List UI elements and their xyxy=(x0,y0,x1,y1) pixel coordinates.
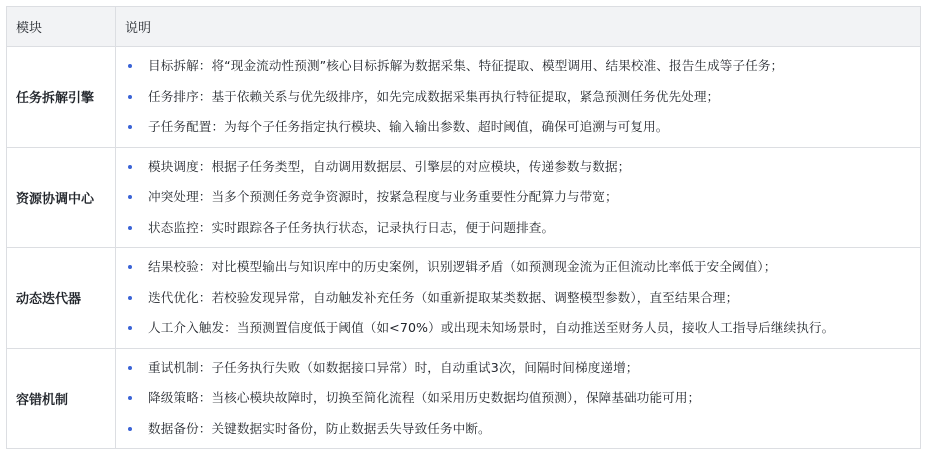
list-item: 迭代优化：若校验发现异常，自动触发补充任务（如重新提取某类数据、调整模型参数），… xyxy=(116,283,920,314)
bullet-icon xyxy=(128,95,132,99)
list-item: 目标拆解：将“现金流动性预测”核心目标拆解为数据采集、特征提取、模型调用、结果校… xyxy=(116,51,920,82)
bullet-list: 模块调度：根据子任务类型，自动调用数据层、引擎层的对应模块，传递参数与数据； 冲… xyxy=(116,152,920,244)
list-item: 子任务配置：为每个子任务指定执行模块、输入输出参数、超时阈值，确保可追溯与可复用… xyxy=(116,112,920,143)
table-row: 容错机制 重试机制：子任务执行失败（如数据接口异常）时，自动重试3次，间隔时间梯… xyxy=(7,348,921,448)
module-description: 目标拆解：将“现金流动性预测”核心目标拆解为数据采集、特征提取、模型调用、结果校… xyxy=(116,47,921,148)
bullet-icon xyxy=(128,125,132,129)
list-item-text: 迭代优化：若校验发现异常，自动触发补充任务（如重新提取某类数据、调整模型参数），… xyxy=(148,290,738,305)
bullet-icon xyxy=(128,396,132,400)
header-description: 说明 xyxy=(116,7,921,47)
list-item: 模块调度：根据子任务类型，自动调用数据层、引擎层的对应模块，传递参数与数据； xyxy=(116,152,920,183)
list-item: 结果校验：对比模型输出与知识库中的历史案例，识别逻辑矛盾（如预测现金流为正但流动… xyxy=(116,252,920,283)
table-row: 资源协调中心 模块调度：根据子任务类型，自动调用数据层、引擎层的对应模块，传递参… xyxy=(7,147,921,248)
module-table-container: 模块 说明 任务拆解引擎 目标拆解：将“现金流动性预测”核心目标拆解为数据采集、… xyxy=(6,6,921,448)
bullet-icon xyxy=(128,64,132,68)
module-description: 模块调度：根据子任务类型，自动调用数据层、引擎层的对应模块，传递参数与数据； 冲… xyxy=(116,147,921,248)
bullet-icon xyxy=(128,326,132,330)
list-item: 降级策略：当核心模块故障时，切换至简化流程（如采用历史数据均值预测），保障基础功… xyxy=(116,383,920,414)
bullet-icon xyxy=(128,165,132,169)
table-header-row: 模块 说明 xyxy=(7,7,921,47)
list-item-text: 数据备份：关键数据实时备份，防止数据丢失导致任务中断。 xyxy=(148,421,491,436)
list-item: 任务排序：基于依赖关系与优先级排序，如先完成数据采集再执行特征提取，紧急预测任务… xyxy=(116,82,920,113)
bullet-list: 目标拆解：将“现金流动性预测”核心目标拆解为数据采集、特征提取、模型调用、结果校… xyxy=(116,51,920,143)
header-module: 模块 xyxy=(7,7,116,47)
module-name: 资源协调中心 xyxy=(7,147,116,248)
list-item-text: 任务排序：基于依赖关系与优先级排序，如先完成数据采集再执行特征提取，紧急预测任务… xyxy=(148,89,719,104)
bullet-icon xyxy=(128,366,132,370)
list-item: 人工介入触发：当预测置信度低于阈值（如<70%）或出现未知场景时，自动推送至财务… xyxy=(116,313,920,344)
list-item-text: 重试机制：子任务执行失败（如数据接口异常）时，自动重试3次，间隔时间梯度递增； xyxy=(148,360,638,375)
list-item-text: 目标拆解：将“现金流动性预测”核心目标拆解为数据采集、特征提取、模型调用、结果校… xyxy=(148,58,783,73)
module-name: 容错机制 xyxy=(7,348,116,448)
list-item: 冲突处理：当多个预测任务竞争资源时，按紧急程度与业务重要性分配算力与带宽； xyxy=(116,182,920,213)
bullet-icon xyxy=(128,226,132,230)
list-item-text: 模块调度：根据子任务类型，自动调用数据层、引擎层的对应模块，传递参数与数据； xyxy=(148,159,630,174)
list-item-text: 子任务配置：为每个子任务指定执行模块、输入输出参数、超时阈值，确保可追溯与可复用… xyxy=(148,119,668,134)
module-table: 模块 说明 任务拆解引擎 目标拆解：将“现金流动性预测”核心目标拆解为数据采集、… xyxy=(6,6,921,448)
module-description: 重试机制：子任务执行失败（如数据接口异常）时，自动重试3次，间隔时间梯度递增； … xyxy=(116,348,921,448)
list-item: 重试机制：子任务执行失败（如数据接口异常）时，自动重试3次，间隔时间梯度递增； xyxy=(116,353,920,384)
module-description: 结果校验：对比模型输出与知识库中的历史案例，识别逻辑矛盾（如预测现金流为正但流动… xyxy=(116,248,921,349)
module-name: 任务拆解引擎 xyxy=(7,47,116,148)
list-item-text: 降级策略：当核心模块故障时，切换至简化流程（如采用历史数据均值预测），保障基础功… xyxy=(148,390,700,405)
bullet-list: 结果校验：对比模型输出与知识库中的历史案例，识别逻辑矛盾（如预测现金流为正但流动… xyxy=(116,252,920,344)
bullet-list: 重试机制：子任务执行失败（如数据接口异常）时，自动重试3次，间隔时间梯度递增； … xyxy=(116,353,920,445)
table-row: 动态迭代器 结果校验：对比模型输出与知识库中的历史案例，识别逻辑矛盾（如预测现金… xyxy=(7,248,921,349)
list-item: 数据备份：关键数据实时备份，防止数据丢失导致任务中断。 xyxy=(116,414,920,445)
list-item-text: 结果校验：对比模型输出与知识库中的历史案例，识别逻辑矛盾（如预测现金流为正但流动… xyxy=(148,259,776,274)
bullet-icon xyxy=(128,296,132,300)
list-item: 状态监控：实时跟踪各子任务执行状态，记录执行日志，便于问题排查。 xyxy=(116,213,920,244)
list-item-text: 人工介入触发：当预测置信度低于阈值（如<70%）或出现未知场景时，自动推送至财务… xyxy=(148,320,834,335)
list-item-text: 状态监控：实时跟踪各子任务执行状态，记录执行日志，便于问题排查。 xyxy=(148,220,554,235)
list-item-text: 冲突处理：当多个预测任务竞争资源时，按紧急程度与业务重要性分配算力与带宽； xyxy=(148,189,618,204)
bullet-icon xyxy=(128,265,132,269)
module-name: 动态迭代器 xyxy=(7,248,116,349)
table-row: 任务拆解引擎 目标拆解：将“现金流动性预测”核心目标拆解为数据采集、特征提取、模… xyxy=(7,47,921,148)
bullet-icon xyxy=(128,195,132,199)
bullet-icon xyxy=(128,427,132,431)
